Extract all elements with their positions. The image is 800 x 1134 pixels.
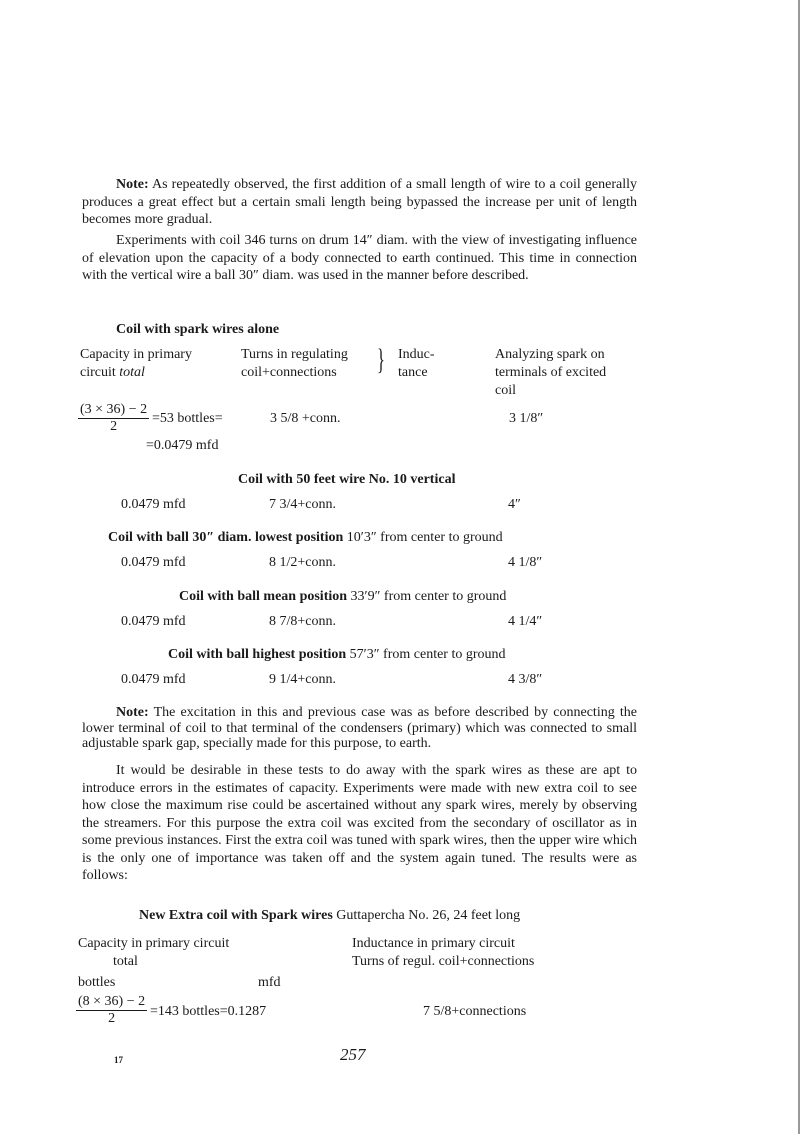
body-paragraph-1: Experiments with coil 346 turns on drum … bbox=[82, 232, 637, 285]
section-1-turns: 7 3/4+conn. bbox=[269, 496, 336, 513]
fraction-numerator: (8 × 36) − 2 bbox=[76, 994, 147, 1011]
section-heading-bold: Coil with 50 feet wire No. 10 vertical bbox=[238, 472, 455, 487]
section-2-spark: 4 1/8″ bbox=[508, 554, 542, 571]
table2-inductance-line2: Turns of regul. coil+connections bbox=[352, 953, 534, 970]
table2-capacity-line1: Capacity in primary circuit bbox=[78, 935, 229, 952]
table2-col-mfd: mfd bbox=[258, 974, 281, 991]
header-capacity-line2: circuit total bbox=[80, 364, 145, 381]
page-number: 257 bbox=[340, 1046, 366, 1063]
section-heading-rest: 57′3″ from center to ground bbox=[346, 647, 505, 662]
note-label: Note: bbox=[116, 705, 149, 720]
note-label: Note: bbox=[116, 177, 149, 192]
header-capacity-text: circuit bbox=[80, 365, 119, 380]
header-spark-line1: Analyzing spark on bbox=[495, 346, 605, 363]
fraction-denominator: 2 bbox=[76, 1011, 147, 1027]
header-capacity-total: total bbox=[119, 365, 145, 380]
section-4-turns: 9 1/4+conn. bbox=[269, 671, 336, 688]
section-heading-4: Coil with ball highest position 57′3″ fr… bbox=[168, 646, 506, 663]
note-paragraph-1: Note: As repeatedly observed, the first … bbox=[82, 176, 637, 229]
signature-mark: 17 bbox=[114, 1052, 123, 1069]
capacity-fraction-2: (8 × 36) − 2 2 bbox=[76, 994, 147, 1027]
section-heading-bold: Coil with ball highest position bbox=[168, 647, 346, 662]
section-3-capacity: 0.0479 mfd bbox=[121, 613, 186, 630]
table2-title: New Extra coil with Spark wires Guttaper… bbox=[139, 907, 520, 924]
section-4-spark: 4 3/8″ bbox=[508, 671, 542, 688]
spark-value: 3 1/8″ bbox=[509, 410, 543, 427]
paragraph-text: It would be desirable in these tests to … bbox=[82, 763, 637, 883]
section-heading-1: Coil with 50 feet wire No. 10 vertical bbox=[238, 471, 455, 488]
header-turns-line2: coil+connections bbox=[241, 364, 337, 381]
section-3-spark: 4 1/4″ bbox=[508, 613, 542, 630]
section-1-capacity: 0.0479 mfd bbox=[121, 496, 186, 513]
section-2-turns: 8 1/2+conn. bbox=[269, 554, 336, 571]
table2-inductance-line1: Inductance in primary circuit bbox=[352, 935, 515, 952]
header-inductance-line2: tance bbox=[398, 364, 428, 381]
fraction-numerator: (3 × 36) − 2 bbox=[78, 402, 149, 419]
section-3-turns: 8 7/8+conn. bbox=[269, 613, 336, 630]
fraction-denominator: 2 bbox=[78, 419, 149, 435]
capacity-mfd: =0.0479 mfd bbox=[146, 437, 218, 454]
section-heading-bold: Coil with ball mean position bbox=[179, 589, 347, 604]
header-spark-line2: terminals of excited bbox=[495, 364, 606, 381]
section-heading-bold: Coil with ball 30″ diam. lowest position bbox=[108, 530, 343, 545]
section-heading-rest: 33′9″ from center to ground bbox=[347, 589, 506, 604]
table2-col-bottles: bottles bbox=[78, 974, 115, 991]
table2-turns-value: 7 5/8+connections bbox=[423, 1003, 526, 1020]
table2-title-rest: Guttapercha No. 26, 24 feet long bbox=[333, 908, 520, 923]
section-1-spark: 4″ bbox=[508, 496, 521, 513]
header-capacity-line1: Capacity in primary bbox=[80, 346, 192, 363]
note-text: The excitation in this and previous case… bbox=[82, 705, 637, 751]
turns-value: 3 5/8 +conn. bbox=[270, 410, 341, 427]
section-2-capacity: 0.0479 mfd bbox=[121, 554, 186, 571]
header-inductance-line1: Induc- bbox=[398, 346, 435, 363]
section-heading-3: Coil with ball mean position 33′9″ from … bbox=[179, 588, 506, 605]
section-heading-2: Coil with ball 30″ diam. lowest position… bbox=[108, 529, 503, 546]
table1-title: Coil with spark wires alone bbox=[116, 321, 279, 338]
capacity-fraction-1: (3 × 36) − 2 2 bbox=[78, 402, 149, 435]
table2-title-bold: New Extra coil with Spark wires bbox=[139, 908, 333, 923]
section-4-capacity: 0.0479 mfd bbox=[121, 671, 186, 688]
paragraph-text: Experiments with coil 346 turns on drum … bbox=[82, 233, 637, 283]
curly-brace: } bbox=[377, 345, 385, 375]
capacity-bottles: =53 bottles= bbox=[152, 410, 223, 427]
header-spark-line3: coil bbox=[495, 382, 516, 399]
table2-capacity-line2: total bbox=[113, 953, 138, 970]
section-heading-rest: 10′3″ from center to ground bbox=[343, 530, 502, 545]
note-text: As repeatedly observed, the first additi… bbox=[82, 177, 637, 227]
table2-capacity-value: =143 bottles=0.1287 bbox=[150, 1003, 266, 1020]
note-paragraph-2: Note: The excitation in this and previou… bbox=[82, 705, 637, 752]
header-turns-line1: Turns in regulating bbox=[241, 346, 348, 363]
body-paragraph-2: It would be desirable in these tests to … bbox=[82, 762, 637, 885]
